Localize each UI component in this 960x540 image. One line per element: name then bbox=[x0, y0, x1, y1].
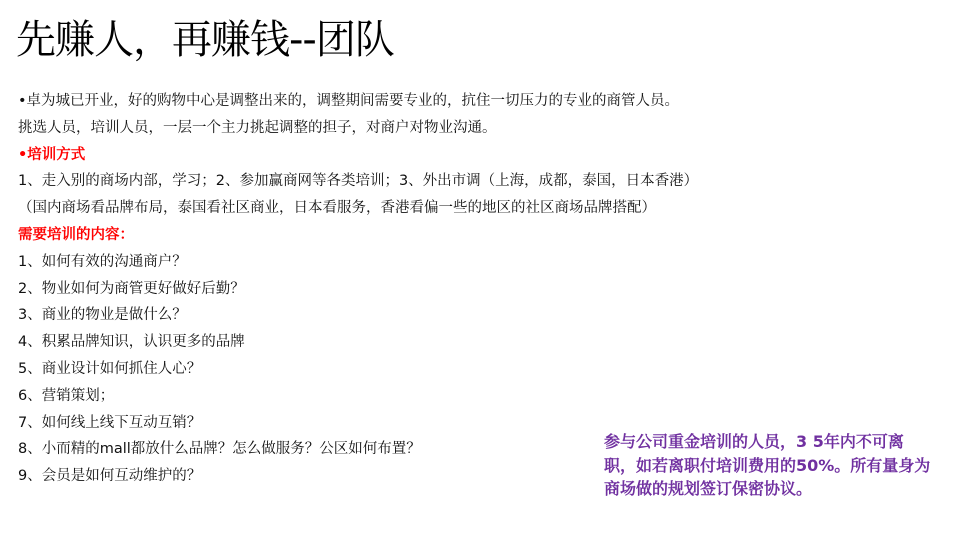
intro-line: •卓为城已开业，好的购物中心是调整出来的，调整期间需要专业的，抗住一切压力的专业… bbox=[18, 88, 918, 115]
training-methods-heading: •培训方式 bbox=[18, 142, 918, 169]
intro-line: 挑选人员，培训人员，一层一个主力挑起调整的担子，对商户对物业沟通。 bbox=[18, 115, 918, 142]
training-method-line: 1、走入别的商场内部，学习；2、参加赢商网等各类培训；3、外出市调（上海，成都，… bbox=[18, 168, 918, 195]
retention-note: 参与公司重金培训的人员，3 5年内不可离职，如若离职付培训费用的50%。所有量身… bbox=[604, 430, 934, 501]
training-content-item: 4、积累品牌知识，认识更多的品牌 bbox=[18, 329, 918, 356]
training-content-item: 3、商业的物业是做什么？ bbox=[18, 302, 918, 329]
slide-title: 先赚人，再赚钱--团队 bbox=[16, 14, 394, 66]
training-content-item: 6、营销策划； bbox=[18, 383, 918, 410]
training-content-item: 5、商业设计如何抓住人心？ bbox=[18, 356, 918, 383]
training-content-item: 1、如何有效的沟通商户？ bbox=[18, 249, 918, 276]
training-content-item: 2、物业如何为商管更好做好后勤？ bbox=[18, 276, 918, 303]
training-method-line: （国内商场看品牌布局，泰国看社区商业，日本看服务，香港看偏一些的地区的社区商场品… bbox=[18, 195, 918, 222]
training-content-heading: 需要培训的内容： bbox=[18, 222, 918, 249]
